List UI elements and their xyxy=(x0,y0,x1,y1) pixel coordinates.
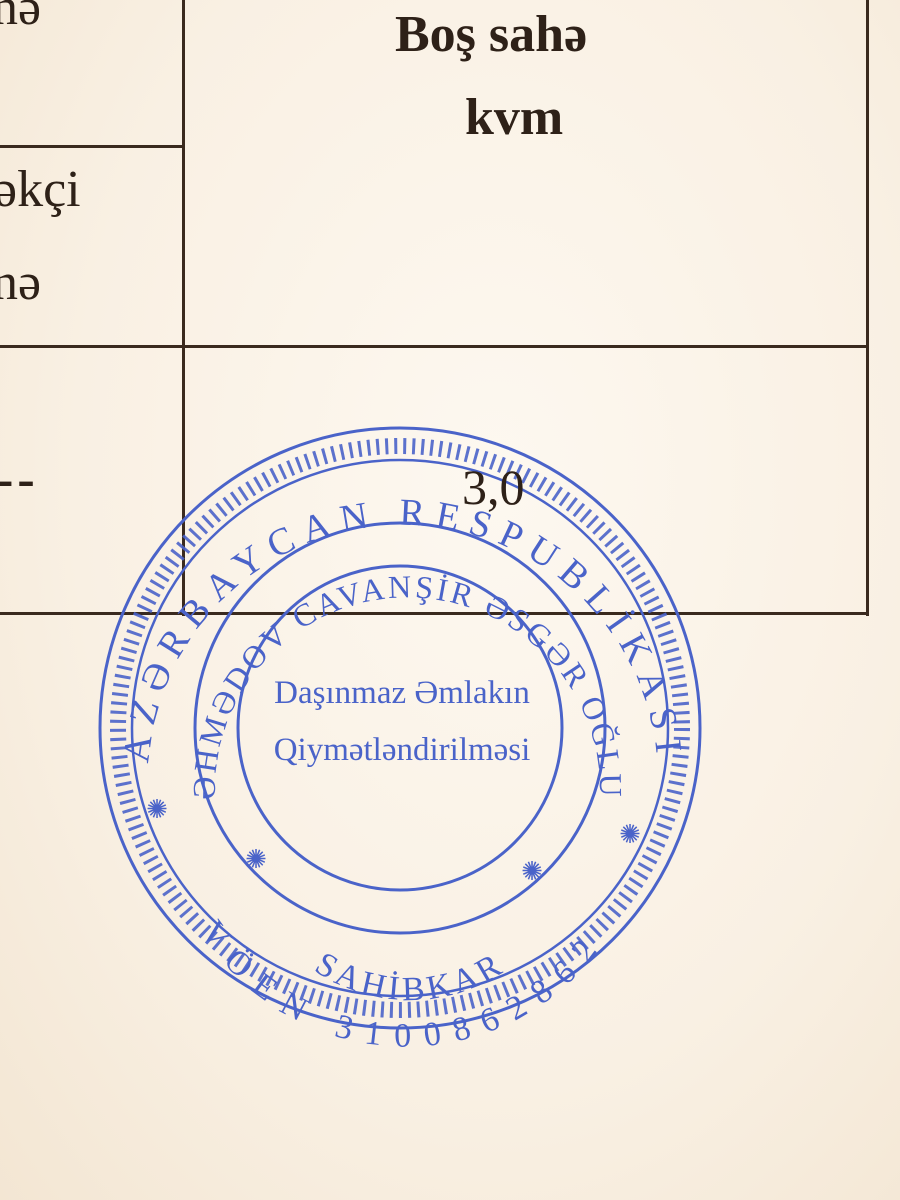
star-icon: ✺ xyxy=(619,820,641,849)
star-icons: ✺ ✺ ✺ ✺ xyxy=(146,795,641,886)
company-stamp: AZƏRBAYCAN RESPUBLİKASI VÖEN 3100862862 … xyxy=(0,0,900,1200)
star-icon: ✺ xyxy=(146,795,168,824)
stamp-center-line1: Daşınmaz Əmlakın xyxy=(274,675,530,711)
star-icon: ✺ xyxy=(521,857,543,886)
star-icon: ✺ xyxy=(245,845,267,874)
free-area-value: 3,0 xyxy=(462,458,525,516)
stamp-center-line2: Qiymətləndirilməsi xyxy=(274,732,531,768)
